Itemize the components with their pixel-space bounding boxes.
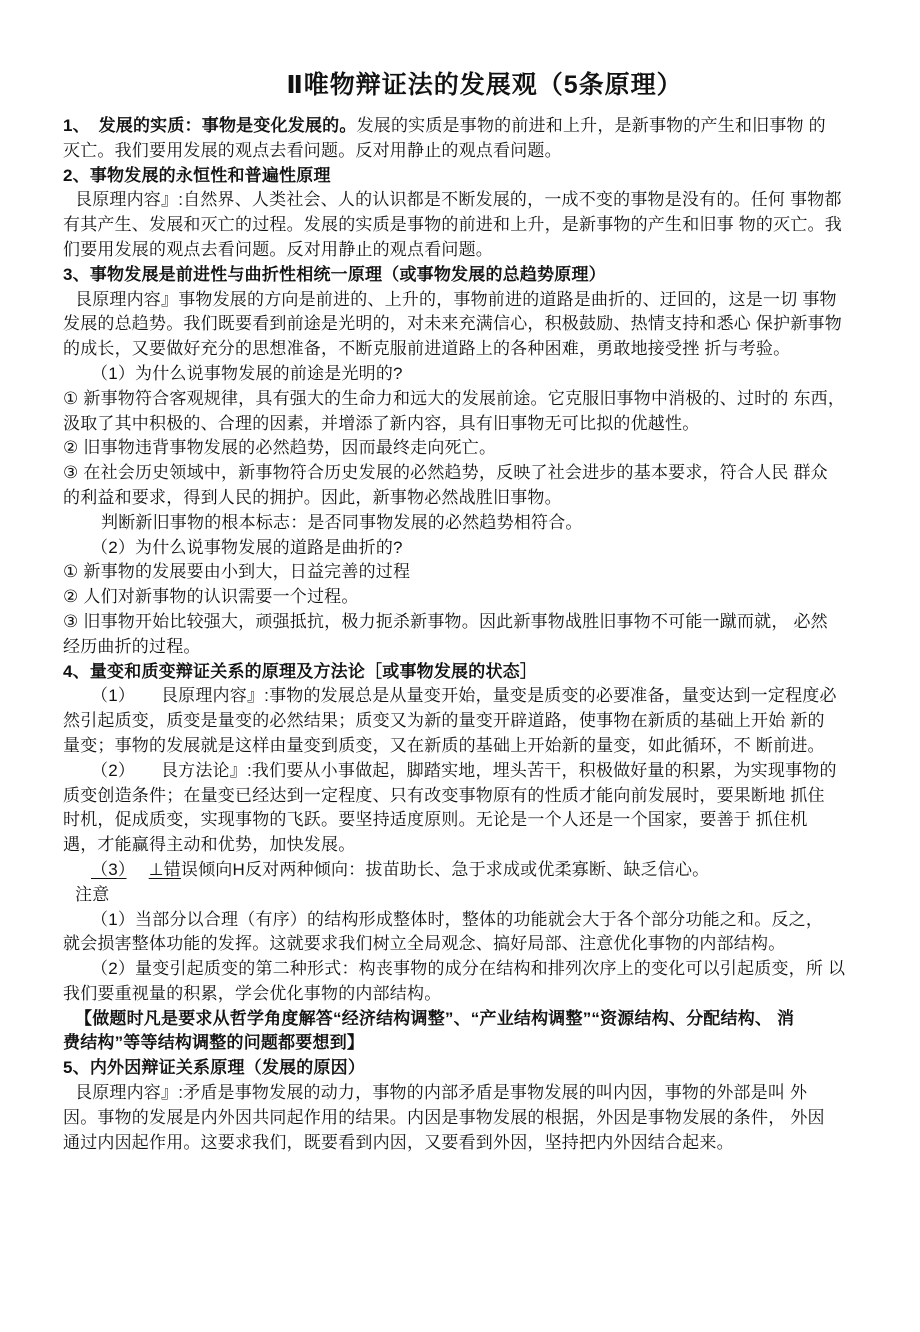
- text-segment: 有其产生、发展和灭亡的过程。发展的实质是事物的前进和上升，是新事物的产生和旧事 …: [63, 215, 842, 234]
- text-segment: ① 新事物符合客观规律，具有强大的生命力和远大的发展前途。它克服旧事物中消极的、…: [63, 389, 845, 408]
- text-line: （2）量变引起质变的第二种形式：构丧事物的成分在结构和排列次序上的变化可以引起质…: [63, 957, 906, 982]
- text-line: 判断新旧事物的根本标志：是否同事物发展的必然趋势相符合。: [63, 511, 906, 536]
- text-segment: ③ 旧事物开始比较强大，顽强抵抗，极力扼杀新事物。因此新事物战胜旧事物不可能一蹴…: [63, 612, 828, 631]
- text-segment: 艮原理内容』事物发展的方向是前进的、上升的，事物前进的道路是曲折的、迂回的，这是…: [75, 290, 837, 309]
- text-line: 有其产生、发展和灭亡的过程。发展的实质是事物的前进和上升，是新事物的产生和旧事 …: [63, 213, 906, 238]
- text-segment: （2）为什么说事物发展的道路是曲折的?: [91, 538, 403, 557]
- text-line: 艮原理内容』事物发展的方向是前进的、上升的，事物前进的道路是曲折的、迂回的，这是…: [63, 288, 906, 313]
- text-segment: 4、量变和质变辩证关系的原理及方法论［或事物发展的状态］: [63, 662, 537, 681]
- text-line: 的利益和要求，得到人民的拥护。因此，新事物必然战胜旧事物。: [63, 486, 906, 511]
- text-line: 艮原理内容』:自然界、人类社会、人的认识都是不断发展的，一成不变的事物是没有的。…: [63, 188, 906, 213]
- text-line: 5、内外因辩证关系原理（发展的原因）: [63, 1056, 906, 1081]
- text-line: 注意: [63, 883, 906, 908]
- text-line: 们要用发展的观点去看问题。反对用静止的观点看问题。: [63, 238, 906, 263]
- text-segment: 艮原理内容』:自然界、人类社会、人的认识都是不断发展的，一成不变的事物是没有的。…: [75, 190, 842, 209]
- text-line: （2） 艮方法论』:我们要从小事做起，脚踏实地，埋头苦干，积极做好量的积累，为实…: [63, 759, 906, 784]
- text-segment: 的利益和要求，得到人民的拥护。因此，新事物必然战胜旧事物。: [63, 488, 562, 507]
- text-segment: 【做题时凡是要求从哲学角度解答“经济结构调整”、“产业结构调整”“资源结构、分配…: [75, 1009, 794, 1028]
- text-line: 费结构”等等结构调整的问题都要想到】: [63, 1031, 906, 1056]
- text-segment: 的成长，又要做好充分的思想准备，不断克服前进道路上的各种困难，勇敢地接受挫 折与…: [63, 339, 790, 358]
- text-line: 汲取了其中积极的、合理的因素，并增添了新内容，具有旧事物无可比拟的优越性。: [63, 412, 906, 437]
- text-line: ② 旧事物违背事物发展的必然趋势，因而最终走向死亡。: [63, 436, 906, 461]
- text-segment: （1）为什么说事物发展的前途是光明的?: [91, 364, 403, 383]
- text-segment: 发展的实质：事物是变化发展的。: [99, 116, 357, 135]
- text-segment: [127, 860, 149, 879]
- text-line: 2、事物发展的永恒性和普遍性原理: [63, 164, 906, 189]
- document-page: Ⅱ唯物辩证法的发展观（5条原理） 1、 发展的实质：事物是变化发展的。发展的实质…: [0, 0, 920, 1332]
- text-segment: 们要用发展的观点去看问题。反对用静止的观点看问题。: [63, 240, 493, 259]
- text-line: 遇，才能赢得主动和优势，加快发展。: [63, 833, 906, 858]
- text-segment: 灭亡。我们要用发展的观点去看问题。反对用静止的观点看问题。: [63, 141, 562, 160]
- text-segment: ⊥错: [149, 860, 181, 879]
- text-segment: 3、事物发展是前进性与曲折性相统一原理（或事物发展的总趋势原理）: [63, 265, 606, 284]
- text-line: 质变创造条件；在量变已经达到一定程度、只有改变事物原有的性质才能向前发展时，要果…: [63, 784, 906, 809]
- text-segment: 判断新旧事物的根本标志：是否同事物发展的必然趋势相符合。: [101, 513, 583, 532]
- text-line: ① 新事物符合客观规律，具有强大的生命力和远大的发展前途。它克服旧事物中消极的、…: [63, 387, 906, 412]
- document-body: 1、 发展的实质：事物是变化发展的。发展的实质是事物的前进和上升，是新事物的产生…: [63, 114, 906, 1155]
- text-line: 就会损害整体功能的发挥。这就要求我们树立全局观念、搞好局部、注意优化事物的内部结…: [63, 932, 906, 957]
- text-segment: 费结构”等等结构调整的问题都要想到】: [63, 1033, 364, 1052]
- text-line: 4、量变和质变辩证关系的原理及方法论［或事物发展的状态］: [63, 660, 906, 685]
- text-line: 时机，促成质变，实现事物的飞跃。要坚持适度原则。无论是一个人还是一个国家，要善于…: [63, 808, 906, 833]
- text-line: 量变；事物的发展就是这样由量变到质变，又在新质的基础上开始新的量变，如此循环，不…: [63, 734, 906, 759]
- text-line: 灭亡。我们要用发展的观点去看问题。反对用静止的观点看问题。: [63, 139, 906, 164]
- text-segment: 经历曲折的过程。: [63, 637, 201, 656]
- text-line: 经历曲折的过程。: [63, 635, 906, 660]
- text-segment: 2、事物发展的永恒性和普遍性原理: [63, 166, 331, 185]
- text-line: （1）当部分以合理（有序）的结构形成整体时，整体的功能就会大于各个部分功能之和。…: [63, 908, 906, 933]
- text-segment: （2）量变引起质变的第二种形式：构丧事物的成分在结构和排列次序上的变化可以引起质…: [91, 959, 845, 978]
- text-line: 3、事物发展是前进性与曲折性相统一原理（或事物发展的总趋势原理）: [63, 263, 906, 288]
- text-line: （1） 艮原理内容』:事物的发展总是从量变开始，量变是质变的必要准备，量变达到一…: [63, 684, 906, 709]
- page-title: Ⅱ唯物辩证法的发展观（5条原理）: [63, 68, 906, 102]
- text-segment: （1） 艮原理内容』:事物的发展总是从量变开始，量变是质变的必要准备，量变达到一…: [91, 686, 837, 705]
- text-segment: 通过内因起作用。这要求我们，既要看到内因，又要看到外因，坚持把内外因结合起来。: [63, 1133, 734, 1152]
- text-segment: 质变创造条件；在量变已经达到一定程度、只有改变事物原有的性质才能向前发展时，要果…: [63, 786, 825, 805]
- text-segment: ③ 在社会历史领域中，新事物符合历史发展的必然趋势，反映了社会进步的基本要求，符…: [63, 463, 828, 482]
- text-segment: 5、内外因辩证关系原理（发展的原因）: [63, 1058, 365, 1077]
- text-segment: （3）: [91, 860, 127, 879]
- text-line: 的成长，又要做好充分的思想准备，不断克服前进道路上的各种困难，勇敢地接受挫 折与…: [63, 337, 906, 362]
- text-line: 1、 发展的实质：事物是变化发展的。发展的实质是事物的前进和上升，是新事物的产生…: [63, 114, 906, 139]
- text-segment: 1、: [63, 116, 99, 135]
- text-line: ③ 在社会历史领域中，新事物符合历史发展的必然趋势，反映了社会进步的基本要求，符…: [63, 461, 906, 486]
- text-line: 因。事物的发展是内外因共同起作用的结果。内因是事物发展的根据，外因是事物发展的条…: [63, 1106, 906, 1131]
- text-segment: 艮原理内容』:矛盾是事物发展的动力，事物的内部矛盾是事物发展的叫内因，事物的外部…: [75, 1083, 807, 1102]
- text-line: （3） ⊥错误倾向H反对两种倾向：拔苗助长、急于求成或优柔寡断、缺乏信心。: [63, 858, 906, 883]
- text-segment: 时机，促成质变，实现事物的飞跃。要坚持适度原则。无论是一个人还是一个国家，要善于…: [63, 810, 808, 829]
- text-segment: 然引起质变，质变是量变的必然结果；质变又为新的量变开辟道路，使事物在新质的基础上…: [63, 711, 825, 730]
- text-segment: 因。事物的发展是内外因共同起作用的结果。内因是事物发展的根据，外因是事物发展的条…: [63, 1108, 825, 1127]
- text-segment: 发展的实质是事物的前进和上升，是新事物的产生和旧事物 的: [357, 116, 826, 135]
- text-segment: （1）当部分以合理（有序）的结构形成整体时，整体的功能就会大于各个部分功能之和。…: [91, 910, 823, 929]
- text-segment: ① 新事物的发展要由小到大，日益完善的过程: [63, 562, 410, 581]
- text-segment: （2） 艮方法论』:我们要从小事做起，脚踏实地，埋头苦干，积极做好量的积累，为实…: [91, 761, 837, 780]
- text-segment: 量变；事物的发展就是这样由量变到质变，又在新质的基础上开始新的量变，如此循环，不…: [63, 736, 825, 755]
- text-segment: 汲取了其中积极的、合理的因素，并增添了新内容，具有旧事物无可比拟的优越性。: [63, 414, 699, 433]
- text-line: （1）为什么说事物发展的前途是光明的?: [63, 362, 906, 387]
- text-line: ② 人们对新事物的认识需要一个过程。: [63, 585, 906, 610]
- text-line: 通过内因起作用。这要求我们，既要看到内因，又要看到外因，坚持把内外因结合起来。: [63, 1131, 906, 1156]
- text-line: 我们要重视量的积累，学会优化事物的内部结构。: [63, 982, 906, 1007]
- text-segment: 发展的总趋势。我们既要看到前途是光明的，对未来充满信心，积极鼓励、热情支持和悉心…: [63, 314, 842, 333]
- text-segment: 误倾向H反对两种倾向：拔苗助长、急于求成或优柔寡断、缺乏信心。: [181, 860, 709, 879]
- text-segment: ② 旧事物违背事物发展的必然趋势，因而最终走向死亡。: [63, 438, 496, 457]
- text-segment: 注意: [75, 885, 109, 904]
- text-segment: 遇，才能赢得主动和优势，加快发展。: [63, 835, 355, 854]
- text-line: 【做题时凡是要求从哲学角度解答“经济结构调整”、“产业结构调整”“资源结构、分配…: [63, 1007, 906, 1032]
- text-line: ③ 旧事物开始比较强大，顽强抵抗，极力扼杀新事物。因此新事物战胜旧事物不可能一蹴…: [63, 610, 906, 635]
- text-line: ① 新事物的发展要由小到大，日益完善的过程: [63, 560, 906, 585]
- text-line: 艮原理内容』:矛盾是事物发展的动力，事物的内部矛盾是事物发展的叫内因，事物的外部…: [63, 1081, 906, 1106]
- text-line: （2）为什么说事物发展的道路是曲折的?: [63, 536, 906, 561]
- text-line: 然引起质变，质变是量变的必然结果；质变又为新的量变开辟道路，使事物在新质的基础上…: [63, 709, 906, 734]
- text-segment: 就会损害整体功能的发挥。这就要求我们树立全局观念、搞好局部、注意优化事物的内部结…: [63, 934, 785, 953]
- text-segment: 我们要重视量的积累，学会优化事物的内部结构。: [63, 984, 441, 1003]
- text-line: 发展的总趋势。我们既要看到前途是光明的，对未来充满信心，积极鼓励、热情支持和悉心…: [63, 312, 906, 337]
- text-segment: ② 人们对新事物的认识需要一个过程。: [63, 587, 359, 606]
